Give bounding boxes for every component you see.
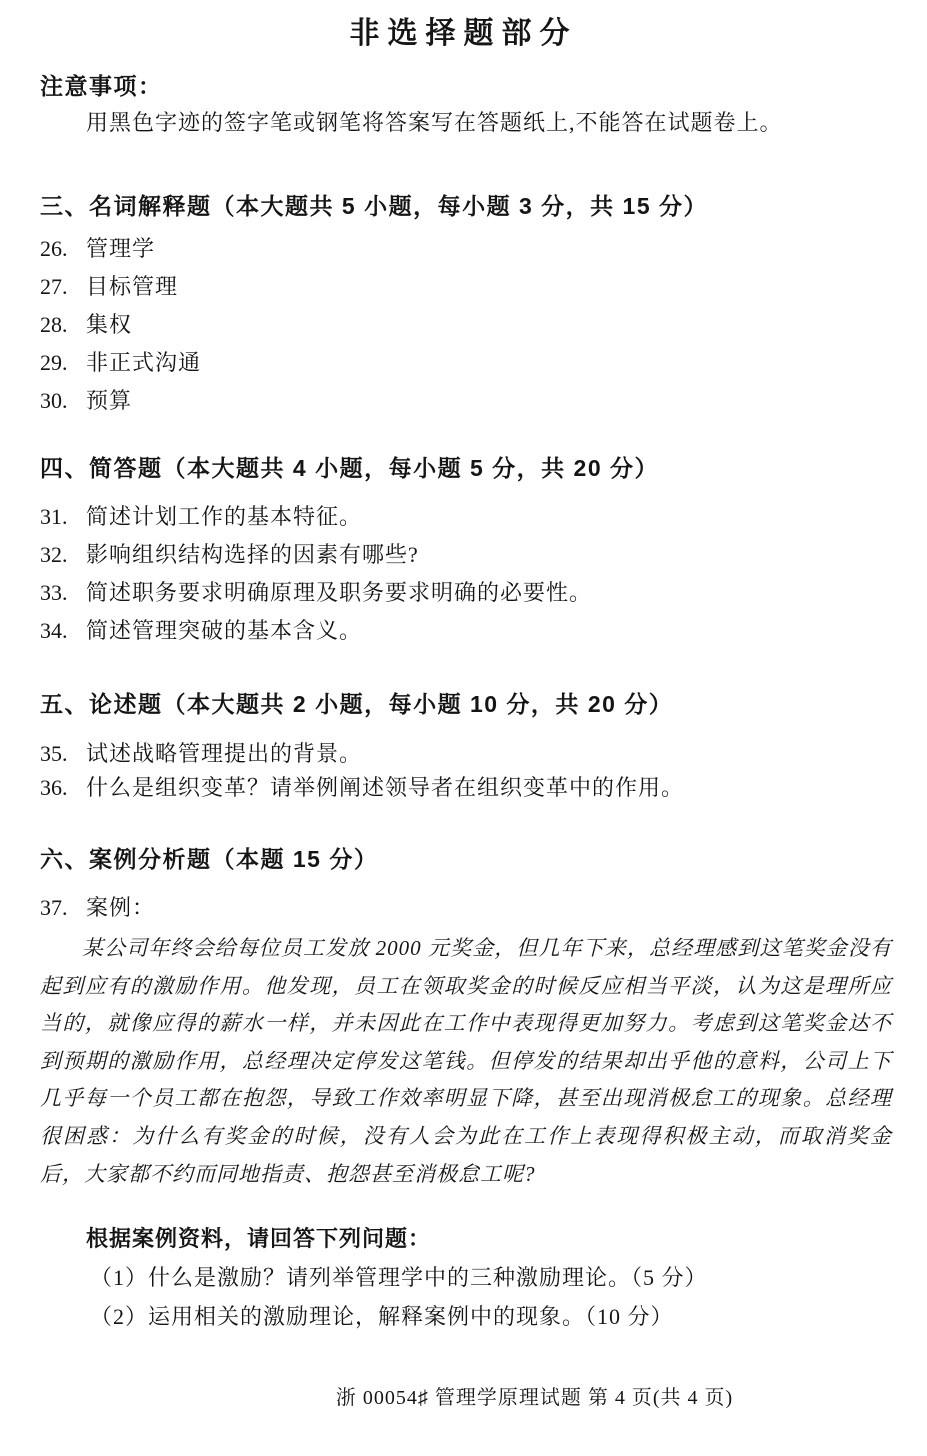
question-text: 非正式沟通 bbox=[86, 350, 201, 375]
question-text: 管理学 bbox=[86, 236, 155, 261]
page-footer: 浙 00054♯ 管理学原理试题 第 4 页(共 4 页) bbox=[0, 1381, 927, 1410]
question-text: 简述计划工作的基本特征。 bbox=[86, 504, 362, 529]
question-27: 27.目标管理 bbox=[40, 270, 889, 301]
question-text: 试述战略管理提出的背景。 bbox=[86, 741, 362, 766]
case-question-2: （2）运用相关的激励理论，解释案例中的现象。（10 分） bbox=[40, 1300, 889, 1331]
question-36: 36.什么是组织变革？请举例阐述领导者在组织变革中的作用。 bbox=[40, 771, 889, 802]
question-text: 预算 bbox=[86, 388, 132, 413]
question-number: 26. bbox=[40, 236, 86, 262]
question-number: 37. bbox=[40, 895, 86, 921]
case-paragraph: 某公司年终会给每位员工发放 2000 元奖金，但几年下来，总经理感到这笔奖金没有… bbox=[40, 930, 892, 1193]
question-33: 33.简述职务要求明确原理及职务要求明确的必要性。 bbox=[40, 576, 889, 607]
section-4-heading: 四、简答题（本大题共 4 小题，每小题 5 分，共 20 分） bbox=[40, 450, 889, 483]
question-number: 32. bbox=[40, 542, 86, 568]
question-number: 34. bbox=[40, 618, 86, 644]
notice-body: 用黑色字迹的签字笔或钢笔将答案写在答题纸上,不能答在试题卷上。 bbox=[40, 106, 889, 137]
section-3-heading: 三、名词解释题（本大题共 5 小题，每小题 3 分，共 15 分） bbox=[40, 188, 889, 221]
question-text: 什么是组织变革？请举例阐述领导者在组织变革中的作用。 bbox=[86, 775, 684, 800]
question-number: 29. bbox=[40, 350, 86, 376]
case-prompt: 根据案例资料，请回答下列问题： bbox=[40, 1222, 889, 1253]
question-34: 34.简述管理突破的基本含义。 bbox=[40, 614, 889, 645]
case-label: 案例： bbox=[86, 895, 155, 920]
question-number: 31. bbox=[40, 504, 86, 530]
question-number: 27. bbox=[40, 274, 86, 300]
question-text: 简述管理突破的基本含义。 bbox=[86, 618, 362, 643]
question-31: 31.简述计划工作的基本特征。 bbox=[40, 500, 889, 531]
question-37: 37.案例： bbox=[40, 891, 889, 922]
question-text: 简述职务要求明确原理及职务要求明确的必要性。 bbox=[86, 580, 592, 605]
question-number: 36. bbox=[40, 775, 86, 801]
question-number: 35. bbox=[40, 741, 86, 767]
notice-heading: 注意事项： bbox=[40, 68, 163, 101]
question-number: 33. bbox=[40, 580, 86, 606]
question-text: 集权 bbox=[86, 312, 132, 337]
section-6-heading: 六、案例分析题（本题 15 分） bbox=[40, 841, 889, 874]
question-text: 目标管理 bbox=[86, 274, 178, 299]
question-29: 29.非正式沟通 bbox=[40, 346, 889, 377]
page-title: 非选择题部分 bbox=[0, 8, 927, 52]
question-number: 30. bbox=[40, 388, 86, 414]
question-number: 28. bbox=[40, 312, 86, 338]
case-question-1: （1）什么是激励？请列举管理学中的三种激励理论。（5 分） bbox=[40, 1261, 889, 1292]
question-35: 35.试述战略管理提出的背景。 bbox=[40, 737, 889, 768]
question-text: 影响组织结构选择的因素有哪些? bbox=[86, 542, 419, 567]
section-5-heading: 五、论述题（本大题共 2 小题，每小题 10 分，共 20 分） bbox=[40, 686, 889, 719]
question-28: 28.集权 bbox=[40, 308, 889, 339]
question-26: 26.管理学 bbox=[40, 232, 889, 263]
question-30: 30.预算 bbox=[40, 384, 889, 415]
question-32: 32.影响组织结构选择的因素有哪些? bbox=[40, 538, 889, 569]
exam-page: 非选择题部分 注意事项： 用黑色字迹的签字笔或钢笔将答案写在答题纸上,不能答在试… bbox=[0, 0, 927, 1456]
